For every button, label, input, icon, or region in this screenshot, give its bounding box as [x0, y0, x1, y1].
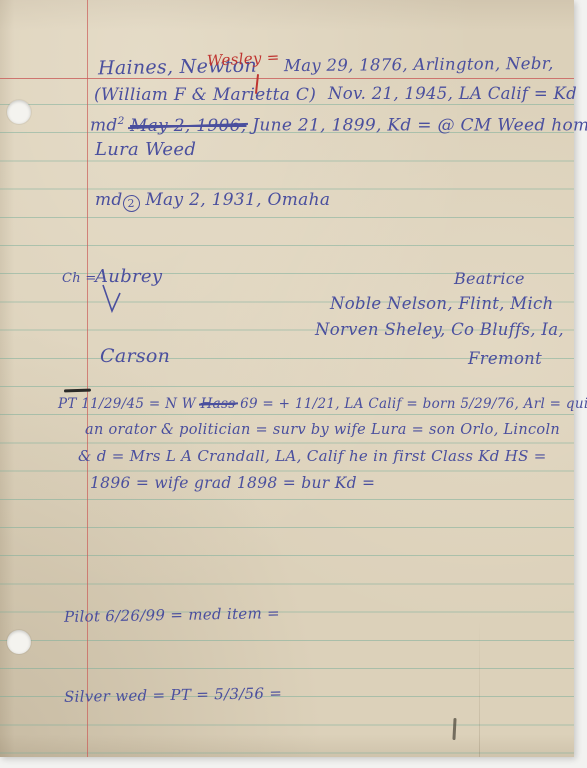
marriage1-struck-date: May 2, 1906, [130, 116, 246, 136]
spouse1-name: Lura Weed [95, 141, 196, 159]
obituary-line1-end: 69 = + 11/21, LA Calif = born 5/29/76, A… [240, 396, 587, 412]
marriage1-prefix: md [90, 116, 118, 136]
pilot-note: Pilot 6/26/99 = med item = [64, 606, 280, 625]
marriage2-prefix: md [95, 190, 123, 210]
marriage1-line: md2 May 2, 1906, June 21, 1899, Kd = @ C… [90, 116, 587, 135]
marriage1-superscript: 2 [118, 115, 125, 127]
obituary-line4: 1896 = wife grad 1898 = bur Kd = [90, 476, 375, 492]
hole-punch-bottom [7, 630, 31, 654]
hole-punch-top [7, 100, 31, 124]
entry-name-insert: Wesley = [207, 50, 280, 69]
obituary-line1-start: PT 11/29/45 = N W [58, 396, 196, 412]
check-mark-icon [100, 284, 126, 314]
marriage2-line: md2 May 2, 1931, Omaha [95, 192, 330, 212]
birth-date: May 29, 1876, Arlington, Nebr, [284, 56, 554, 75]
obituary-line1: PT 11/29/45 = N W Hass 69 = + 11/21, LA … [58, 398, 587, 412]
child-carson-residence: Fremont [468, 351, 542, 368]
child-norven-line: Norven Sheley, Co Bluffs, Ia, [315, 322, 564, 339]
parents-names: (William F & Marietta C) [94, 87, 316, 104]
child-carson: Carson [100, 347, 170, 366]
obituary-line2: an orator & politician = surv by wife Lu… [85, 423, 560, 438]
marriage2-number-circled: 2 [123, 195, 140, 212]
marriage1-corrected-date: June 21, 1899, Kd = @ CM Weed home [252, 116, 587, 136]
child-aubrey-residence: Beatrice [454, 271, 525, 287]
marriage2-date: May 2, 1931, Omaha [145, 190, 330, 210]
silver-wedding-note: Silver wed = PT = 5/3/56 = [64, 686, 282, 705]
children-label: Ch = [62, 272, 97, 285]
margin-red-line [87, 0, 88, 757]
child-noble-line: Noble Nelson, Flint, Mich [330, 296, 554, 313]
obituary-scribbled-word: Hass [201, 396, 236, 412]
obituary-line3: & d = Mrs L A Crandall, LA, Calif he in … [78, 449, 547, 464]
notebook-paper: Haines, Newton Wesley = May 29, 1876, Ar… [0, 0, 574, 757]
scanned-page: Haines, Newton Wesley = May 29, 1876, Ar… [0, 0, 587, 768]
paper-crease [479, 620, 480, 757]
death-date: Nov. 21, 1945, LA Calif = Kd [328, 86, 577, 103]
